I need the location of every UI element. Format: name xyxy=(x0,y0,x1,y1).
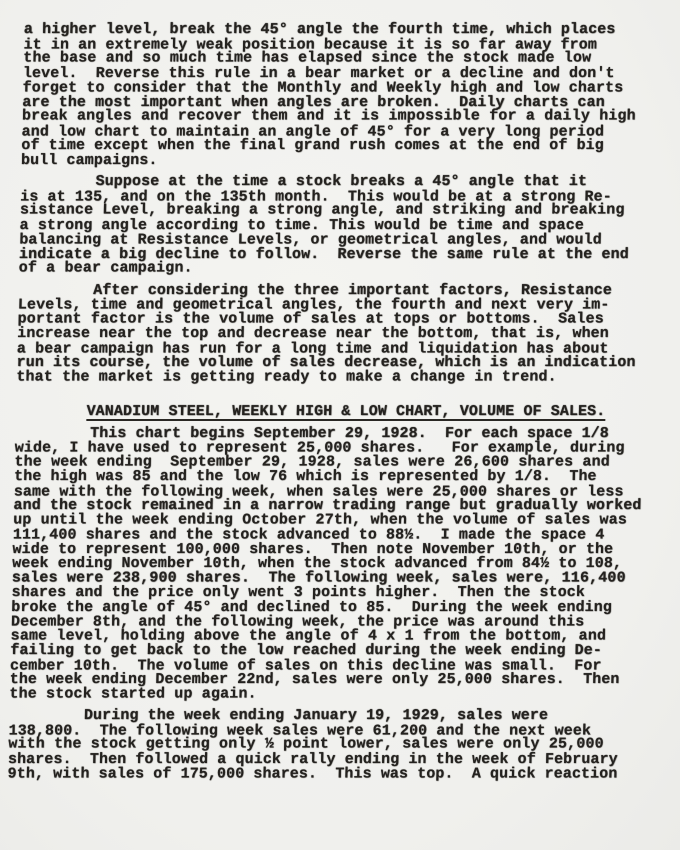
line-text: of a bear campaign. xyxy=(18,260,192,277)
document-content: a higher level, break the 45° angle the … xyxy=(7,23,680,782)
line-text: the base and so much time has elapsed si… xyxy=(23,50,591,67)
line-text: 9th, with sales of 175,000 shares. This … xyxy=(7,766,617,783)
text-line: same with the following week, when sales… xyxy=(14,485,670,500)
line-text: that the market is getting ready to make… xyxy=(16,368,557,385)
paragraph: After considering the three important fa… xyxy=(16,284,674,386)
text-line: the base and so much time has elapsed si… xyxy=(23,52,679,67)
text-line: bull campaigns. xyxy=(21,154,677,169)
text-line: portant factor is the volume of sales at… xyxy=(17,312,673,327)
text-line: the stock started up again. xyxy=(9,687,665,702)
text-line: cember 10th. The volume of sales on this… xyxy=(10,659,666,674)
document-page: a higher level, break the 45° angle the … xyxy=(0,0,680,850)
section-heading: VANADIUM STEEL, WEEKLY HIGH & LOW CHART,… xyxy=(15,405,671,420)
line-text: portant factor is the volume of sales at… xyxy=(17,310,604,327)
line-text: sales were 238,900 shares. The following… xyxy=(12,569,626,586)
text-line: that the market is getting ready to make… xyxy=(16,370,672,385)
line-text: same with the following week, when sales… xyxy=(14,483,624,500)
text-line: a bear campaign has run for a long time … xyxy=(17,342,673,357)
text-line: the week ending September 29, 1928, sale… xyxy=(14,455,670,470)
line-text: balancing at Resistance Levels, or geome… xyxy=(19,232,602,249)
heading-text: VANADIUM STEEL, WEEKLY HIGH & LOW CHART,… xyxy=(86,405,605,421)
text-line: and low chart to maintain an angle of 45… xyxy=(21,125,677,140)
line-text: the stock started up again. xyxy=(9,685,257,702)
text-line: forget to consider that the Monthly and … xyxy=(22,82,678,97)
text-line: balancing at Resistance Levels, or geome… xyxy=(19,234,675,249)
line-text: same level, holding above the angle of 4… xyxy=(10,627,606,644)
line-text: the week ending September 29, 1928, sale… xyxy=(14,453,610,470)
line-text: forget to consider that the Monthly and … xyxy=(22,80,623,97)
text-line: same level, holding above the angle of 4… xyxy=(10,629,666,644)
line-text: bull campaigns. xyxy=(21,152,158,169)
text-line: 111,400 shares and the stock advanced to… xyxy=(13,529,669,544)
paragraph: This chart begins September 29, 1928. Fo… xyxy=(9,427,671,703)
text-line: with the stock getting only ½ point lowe… xyxy=(8,738,664,753)
text-line: of a bear campaign. xyxy=(18,262,674,277)
text-line: up until the week ending October 27th, w… xyxy=(13,513,669,528)
text-line: 9th, with sales of 175,000 shares. This … xyxy=(7,768,663,783)
text-line: break angles and recover them and it is … xyxy=(22,110,678,125)
line-text: sistance Level, breaking a strong angle,… xyxy=(20,202,625,219)
line-text: and low chart to maintain an angle of 45… xyxy=(21,123,604,140)
line-text: with the stock getting only ½ point lowe… xyxy=(8,736,604,753)
paragraph: Suppose at the time a stock breaks a 45°… xyxy=(18,175,676,277)
line-text: cember 10th. The volume of sales on this… xyxy=(10,657,602,674)
heading-line: VANADIUM STEEL, WEEKLY HIGH & LOW CHART,… xyxy=(15,405,671,420)
text-line: sales were 238,900 shares. The following… xyxy=(12,571,668,586)
line-text: a bear campaign has run for a long time … xyxy=(17,340,609,357)
paragraph: During the week ending January 19, 1929,… xyxy=(7,709,665,782)
line-text: 111,400 shares and the stock advanced to… xyxy=(13,527,605,544)
paragraph: a higher level, break the 45° angle the … xyxy=(21,23,680,168)
text-line: sistance Level, breaking a strong angle,… xyxy=(20,204,676,219)
